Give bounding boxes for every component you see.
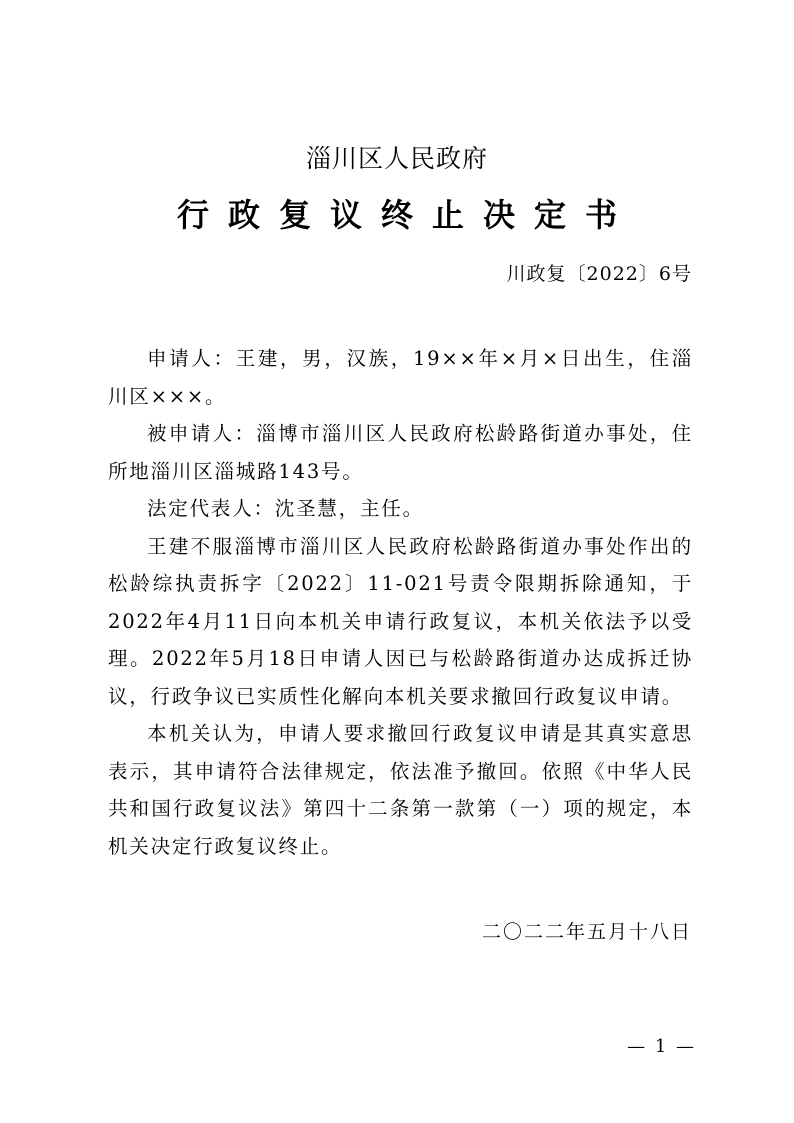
document-title: 行政复议终止决定书 xyxy=(0,195,794,235)
applicant-paragraph: 申请人：王建，男，汉族，19××年×月×日出生，住淄川区×××。 xyxy=(108,340,693,415)
document-body: 申请人：王建，男，汉族，19××年×月×日出生，住淄川区×××。 被申请人：淄博… xyxy=(108,340,693,865)
decision-paragraph: 本机关认为，申请人要求撤回行政复议申请是其真实意思表示，其申请符合法律规定，依法… xyxy=(108,715,693,865)
legal-representative-paragraph: 法定代表人：沈圣慧，主任。 xyxy=(108,490,693,528)
document-number: 川政复〔2022〕6号 xyxy=(507,260,692,288)
page-number: — 1 — xyxy=(627,1035,696,1059)
document-page: 淄川区人民政府 行政复议终止决定书 川政复〔2022〕6号 申请人：王建，男，汉… xyxy=(0,0,794,1123)
case-facts-paragraph: 王建不服淄博市淄川区人民政府松龄路街道办事处作出的松龄综执责拆字〔2022〕11… xyxy=(108,528,693,716)
issuing-organization: 淄川区人民政府 xyxy=(0,143,794,175)
decision-date: 二〇二二年五月十八日 xyxy=(482,918,692,946)
respondent-paragraph: 被申请人：淄博市淄川区人民政府松龄路街道办事处，住所地淄川区淄城路143号。 xyxy=(108,415,693,490)
